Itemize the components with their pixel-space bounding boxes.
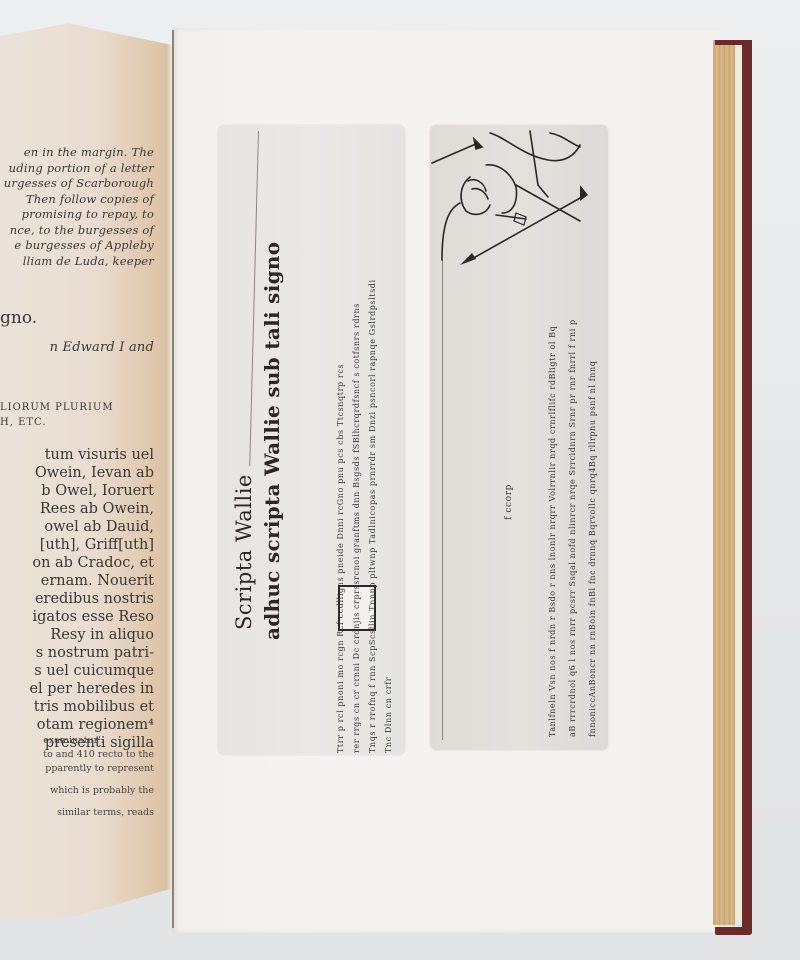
caption-scripta-wallie: Scripta Wallie (232, 474, 256, 630)
text-line: tris mobilibus et (29, 698, 154, 716)
italic-paragraph: en in the margin. The uding portion of a… (4, 145, 154, 269)
text-line: on ab Cradoc, et (29, 554, 154, 572)
text-line: Resy in aliquo (29, 626, 154, 644)
section-heading: gno. (0, 308, 37, 328)
text-line: eredibus nostris (29, 590, 154, 608)
footnote-line: to and 410 recto to the (43, 748, 154, 762)
manuscript-line: Tanlfneln Vsn nos f nrdn r Bsdo r nns ln… (548, 326, 557, 737)
manuscript-line: Tnc Dlnn cn crfr (384, 677, 393, 753)
text-line: nce, to the burgesses of (4, 223, 154, 239)
text-line: ernam. Nouerit (29, 572, 154, 590)
text-line: Then follow copies of (4, 192, 154, 208)
text-line: otam regionem⁴ (29, 716, 154, 734)
manuscript-line: Ttrr p rcl pnoni mo rcgn Rcf ccdlligns p… (336, 364, 345, 753)
text-line: urgesses of Scarborough (4, 176, 154, 192)
subheading: n Edward I and (50, 340, 154, 356)
caption-sub-tali-signo: adhuc scripta Wallie sub tali signo (260, 242, 284, 640)
text-line: H, ETC. (0, 415, 114, 430)
text-line: Owein, Ievan ab (29, 464, 154, 482)
cover-bottom-edge (715, 927, 752, 935)
left-page: en in the margin. The uding portion of a… (0, 18, 172, 920)
text-line: b Owel, Ioruert (29, 482, 154, 500)
marginal-note: f ccorp (504, 484, 514, 520)
footnote-line: examinatur'. (43, 734, 154, 748)
text-line: owel ab Dauid, (29, 518, 154, 536)
manuscript-plate-1: Scripta Wallie adhuc scripta Wallie sub … (218, 125, 405, 755)
text-line: lliam de Luda, keeper (4, 254, 154, 270)
book-cover (742, 42, 752, 935)
text-line: e burgesses of Appleby (4, 238, 154, 254)
text-line: el per heredes in (29, 680, 154, 698)
manuscript-plate-2: f ccorp Tanlfneln Vsn nos f nrdn r Bsdo … (430, 125, 608, 750)
text-line: igatos esse Reso (29, 608, 154, 626)
text-line: s nostrum patri- (29, 644, 154, 662)
page-edges (713, 40, 735, 925)
text-line: promising to repay, to (4, 207, 154, 223)
text-line: s uel cuicumque (29, 662, 154, 680)
text-line: Rees ab Owein, (29, 500, 154, 518)
spine-gutter (172, 30, 174, 928)
text-line: LIORUM PLURIUM (0, 400, 114, 415)
ruling-line (249, 131, 259, 466)
text-line: en in the margin. The (4, 145, 154, 161)
text-line: tum visuris uel (29, 446, 154, 464)
manuscript-line: fnnoniccAnBoncr nn rnBoin fnBl fnc drnnq… (588, 360, 597, 737)
footnote-line: which is probably the (43, 784, 154, 798)
manuscript-line: aB rrrcrdnol q6 l nos rnrr pcsrr Ssqal n… (568, 319, 577, 737)
manuscript-line: rer rrgs cn cr crnni Dc crdnjis crprssrc… (352, 303, 361, 753)
manuscript-line: Tnqs r rrofnq f rnn ScpScsllin Tnnnp plt… (368, 279, 377, 753)
footnote-line: similar terms, reads (43, 806, 154, 820)
text-line: uding portion of a letter (4, 161, 154, 177)
mounted-spearman-drawing (430, 125, 608, 285)
smallcaps-title: LIORUM PLURIUM H, ETC. (0, 400, 114, 430)
footnotes: examinatur'. to and 410 recto to the ppa… (43, 734, 154, 820)
body-text: tum visuris uel Owein, Ievan ab b Owel, … (29, 446, 154, 752)
text-line: [uth], Griff[uth] (29, 536, 154, 554)
footnote-line: pparently to represent (43, 762, 154, 776)
ruling-line (442, 260, 443, 740)
